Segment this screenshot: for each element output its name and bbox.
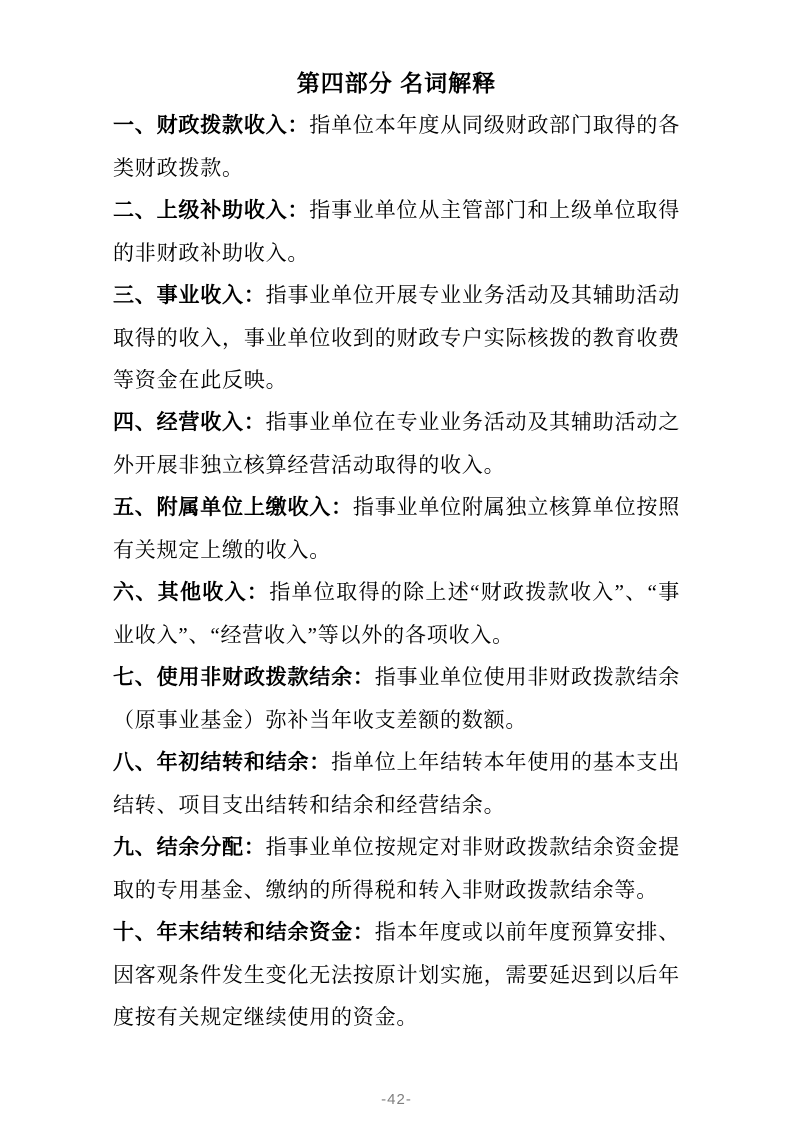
term-label: 六、其他收入： [113,581,269,604]
term-label: 九、结余分配： [113,836,266,859]
definition-item-4: 四、经营收入：指事业单位在专业业务活动及其辅助活动之外开展非独立核算经营活动取得… [113,401,680,486]
term-label: 二、上级补助收入： [113,199,309,222]
definition-item-9: 九、结余分配：指事业单位按规定对非财政拨款结余资金提取的专用基金、缴纳的所得税和… [113,826,680,911]
definition-item-6: 六、其他收入：指单位取得的除上述“财政拨款收入”、“事业收入”、“经营收入”等以… [113,571,680,656]
term-label: 十、年末结转和结余资金： [113,921,375,944]
definition-item-5: 五、附属单位上缴收入：指事业单位附属独立核算单位按照有关规定上缴的收入。 [113,486,680,571]
term-label: 七、使用非财政拨款结余： [113,666,375,689]
term-label: 八、年初结转和结余： [113,751,331,774]
page-number: -42- [0,1091,793,1108]
term-label: 三、事业收入： [113,284,266,307]
document-page: 第四部分 名词解释 一、财政拨款收入：指单位本年度从同级财政部门取得的各类财政拨… [0,0,793,1122]
page-title: 第四部分 名词解释 [113,62,680,104]
term-label: 一、财政拨款收入： [113,114,309,137]
term-label: 四、经营收入： [113,411,266,434]
definition-item-10: 十、年末结转和结余资金：指本年度或以前年度预算安排、因客观条件发生变化无法按原计… [113,911,680,1038]
term-label: 五、附属单位上缴收入： [113,496,353,519]
definition-item-8: 八、年初结转和结余：指单位上年结转本年使用的基本支出结转、项目支出结转和结余和经… [113,741,680,826]
document-content: 第四部分 名词解释 一、财政拨款收入：指单位本年度从同级财政部门取得的各类财政拨… [113,62,680,1038]
definition-item-3: 三、事业收入：指事业单位开展专业业务活动及其辅助活动取得的收入，事业单位收到的财… [113,274,680,401]
definition-item-1: 一、财政拨款收入：指单位本年度从同级财政部门取得的各类财政拨款。 [113,104,680,189]
definition-item-7: 七、使用非财政拨款结余：指事业单位使用非财政拨款结余（原事业基金）弥补当年收支差… [113,656,680,741]
definition-item-2: 二、上级补助收入：指事业单位从主管部门和上级单位取得的非财政补助收入。 [113,189,680,274]
